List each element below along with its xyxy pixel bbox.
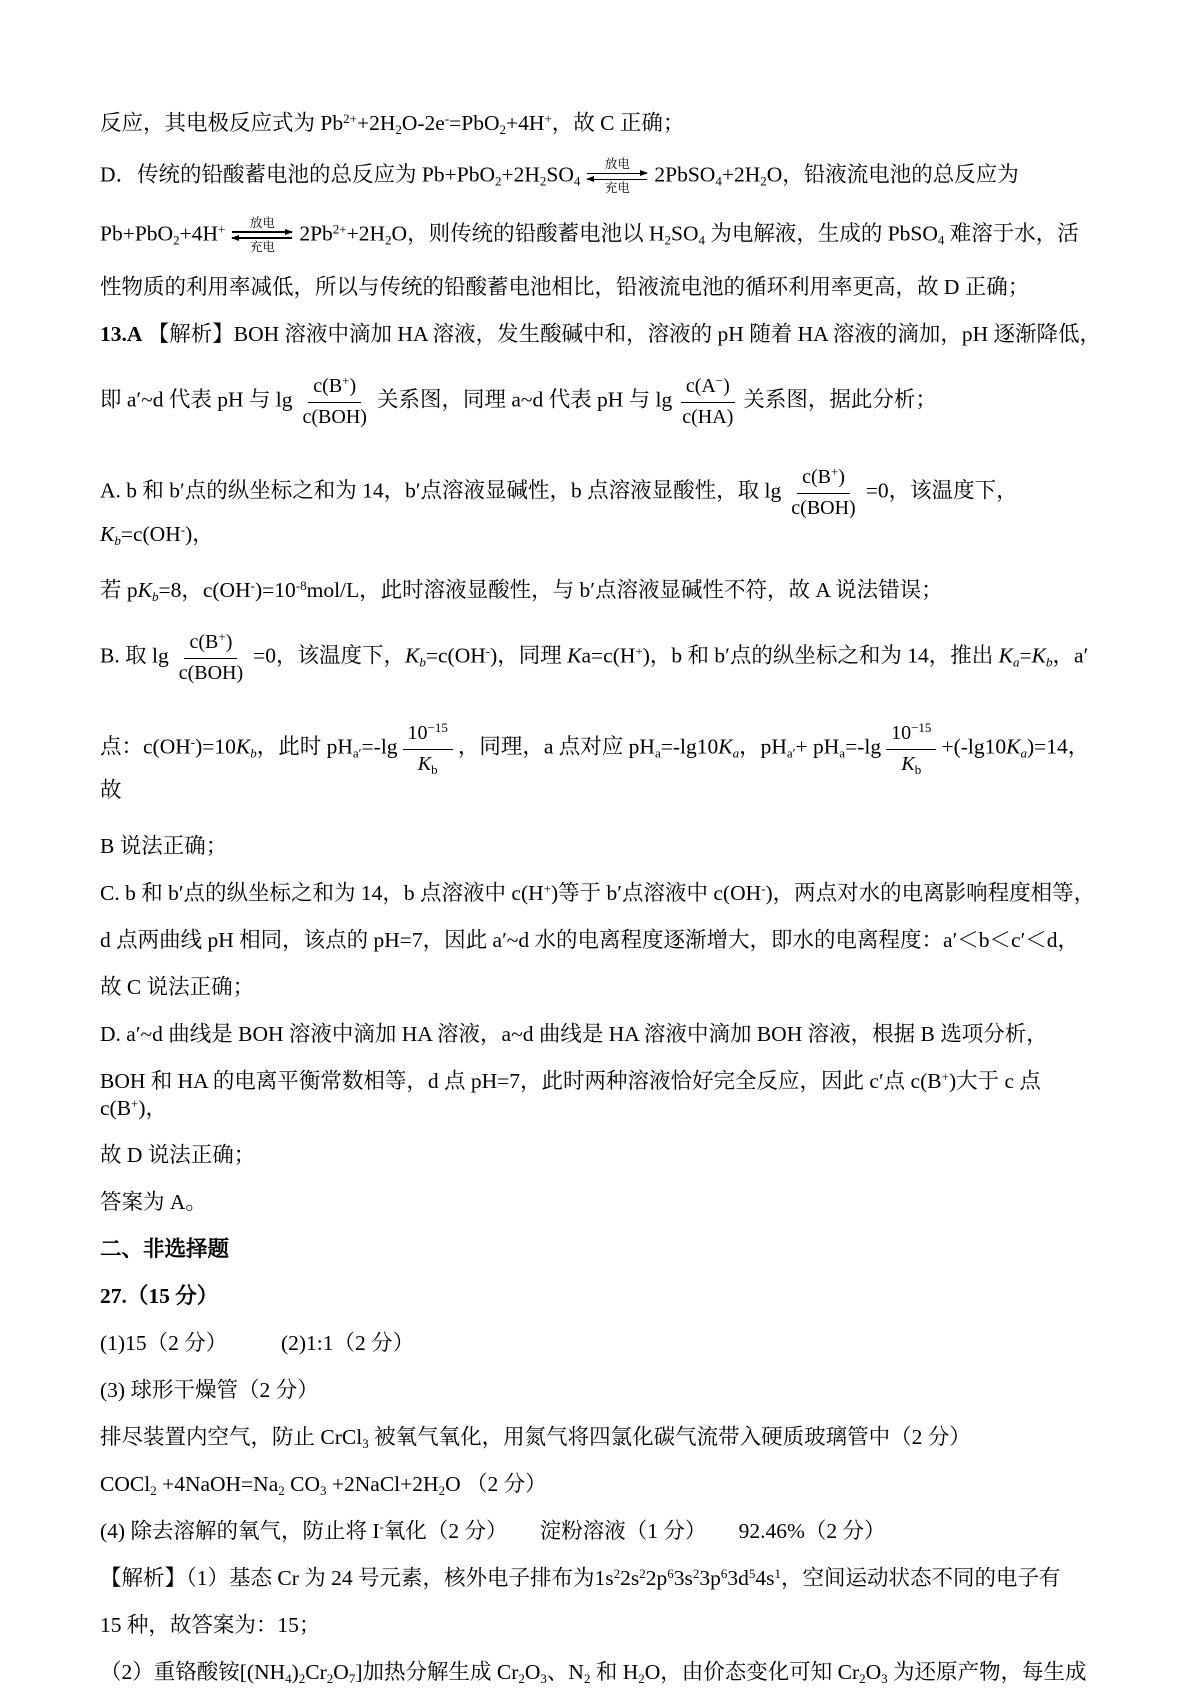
fraction-denominator: c(BOH) [786, 494, 860, 521]
fraction: 10−15Kb [886, 720, 936, 777]
fraction-denominator: c(BOH) [298, 403, 372, 430]
charge-label: 充电 [603, 181, 632, 196]
fraction-numerator: c(B+) [184, 629, 237, 659]
fraction-denominator: c(BOH) [174, 659, 248, 686]
q13-answer-line: 13.A 【解析】BOH 溶液中滴加 HA 溶液，发生酸碱中和，溶液的 pH 随… [100, 321, 1110, 348]
q13-final-answer: 答案为 A。 [100, 1189, 1110, 1216]
option-d-line-3: 性物质的利用率减低，所以与传统的铅酸蓄电池相比，铅液流电池的循环利用率更高，故 … [100, 274, 1110, 301]
q13-option-b-line-3: B 说法正确； [100, 833, 1110, 860]
q13-option-c-line-1: C. b 和 b′点的纵坐标之和为 14，b 点溶液中 c(H+)等于 b′点溶… [100, 880, 1110, 907]
fraction: c(B+)c(BOH) [298, 373, 372, 430]
reversible-arrow-icon [587, 173, 647, 181]
fraction-numerator: c(B+) [308, 373, 361, 403]
answer-document: 反应，其电极反应式为 Pb2++2H2O-2e-=PbO2+4H+，故 C 正确… [0, 0, 1200, 1686]
fraction: c(B+)c(BOH) [786, 464, 860, 521]
equilibrium-arrows: 放电充电 [232, 216, 292, 255]
q27-answer-3a: (3) 球形干燥管（2 分） [100, 1377, 1110, 1404]
discharge-label: 放电 [248, 216, 277, 231]
discharge-label: 放电 [603, 157, 632, 172]
q13-option-d-line-2: BOH 和 HA 的电离平衡常数相等，d 点 pH=7，此时两种溶液恰好完全反应… [100, 1068, 1110, 1122]
fraction-numerator: 10−15 [886, 720, 936, 750]
equilibrium-arrows: 放电充电 [587, 157, 647, 196]
fraction-denominator: Kb [896, 750, 926, 777]
section-2-heading: 二、非选择题 [100, 1236, 1110, 1263]
fraction-numerator: c(A−) [681, 373, 735, 403]
q27-analysis-line-1: 【解析】（1）基态 Cr 为 24 号元素，核外电子排布为1s22s22p63s… [100, 1565, 1110, 1592]
reversible-arrow-icon [232, 231, 292, 239]
q27-answer-1-2: (1)15（2 分） (2)1:1（2 分） [100, 1330, 1110, 1357]
fraction-numerator: c(B+) [797, 464, 850, 494]
q27-answer-3b: 排尽装置内空气，防止 CrCl3 被氧气氧化，用氮气将四氯化碳气流带入硬质玻璃管… [100, 1424, 1110, 1451]
fraction-denominator: c(HA) [677, 403, 738, 430]
q13-option-d-line-1: D. a′~d 曲线是 BOH 溶液中滴加 HA 溶液，a~d 曲线是 HA 溶… [100, 1021, 1110, 1048]
option-d-line-2: Pb+PbO2+4H+放电充电2Pb2++2H2O，则传统的铅酸蓄电池以 H2S… [100, 216, 1110, 255]
charge-label: 充电 [248, 240, 277, 255]
q27-heading: 27.（15 分） [100, 1283, 1110, 1310]
q27-answer-3c-equation: COCl2 +4NaOH=Na2 CO3 +2NaCl+2H2O （2 分） [100, 1471, 1110, 1498]
q13-option-c-line-2: d 点两曲线 pH 相同，该点的 pH=7，因此 a′~d 水的电离程度逐渐增大… [100, 927, 1110, 954]
q13-analysis-line-2: 即 a′~d 代表 pH 与 lgc(B+)c(BOH)关系图，同理 a~d 代… [100, 368, 1110, 439]
fraction: c(A−)c(HA) [677, 373, 738, 430]
q13-option-a-line-1: A. b 和 b′点的纵坐标之和为 14，b′点溶液显碱性，b 点溶液显酸性，取… [100, 459, 1110, 557]
fraction: c(B+)c(BOH) [174, 629, 248, 686]
q13-option-d-line-3: 故 D 说法正确； [100, 1142, 1110, 1169]
fraction-numerator: 10−15 [403, 720, 453, 750]
q27-analysis-line-2: 15 种，故答案为：15； [100, 1612, 1110, 1639]
fraction: 10−15Kb [403, 720, 453, 777]
q13-option-a-line-2: 若 pKb=8，c(OH-)=10-8mol/L，此时溶液显酸性，与 b′点溶液… [100, 577, 1110, 604]
q13-option-c-line-3: 故 C 说法正确； [100, 974, 1110, 1001]
fraction-denominator: Kb [413, 750, 443, 777]
q27-analysis-line-3: （2）重铬酸铵[(NH4)2Cr2O7]加热分解生成 Cr2O3、N2 和 H2… [100, 1659, 1110, 1686]
q13-option-b-line-1: B. 取 lgc(B+)c(BOH)=0，该温度下，Kb=c(OH-)，同理 K… [100, 624, 1110, 695]
q27-answer-4: (4) 除去溶解的氧气，防止将 I-氧化（2 分） 淀粉溶液（1 分） 92.4… [100, 1518, 1110, 1545]
option-d-line-1: D．传统的铅酸蓄电池的总反应为 Pb+PbO2+2H2SO4放电充电2PbSO4… [100, 157, 1110, 196]
q13-option-b-line-2: 点：c(OH-)=10Kb，此时 pHa′=-lg10−15Kb，同理，a 点对… [100, 715, 1110, 813]
option-c-line: 反应，其电极反应式为 Pb2++2H2O-2e-=PbO2+4H+，故 C 正确… [100, 110, 1110, 137]
